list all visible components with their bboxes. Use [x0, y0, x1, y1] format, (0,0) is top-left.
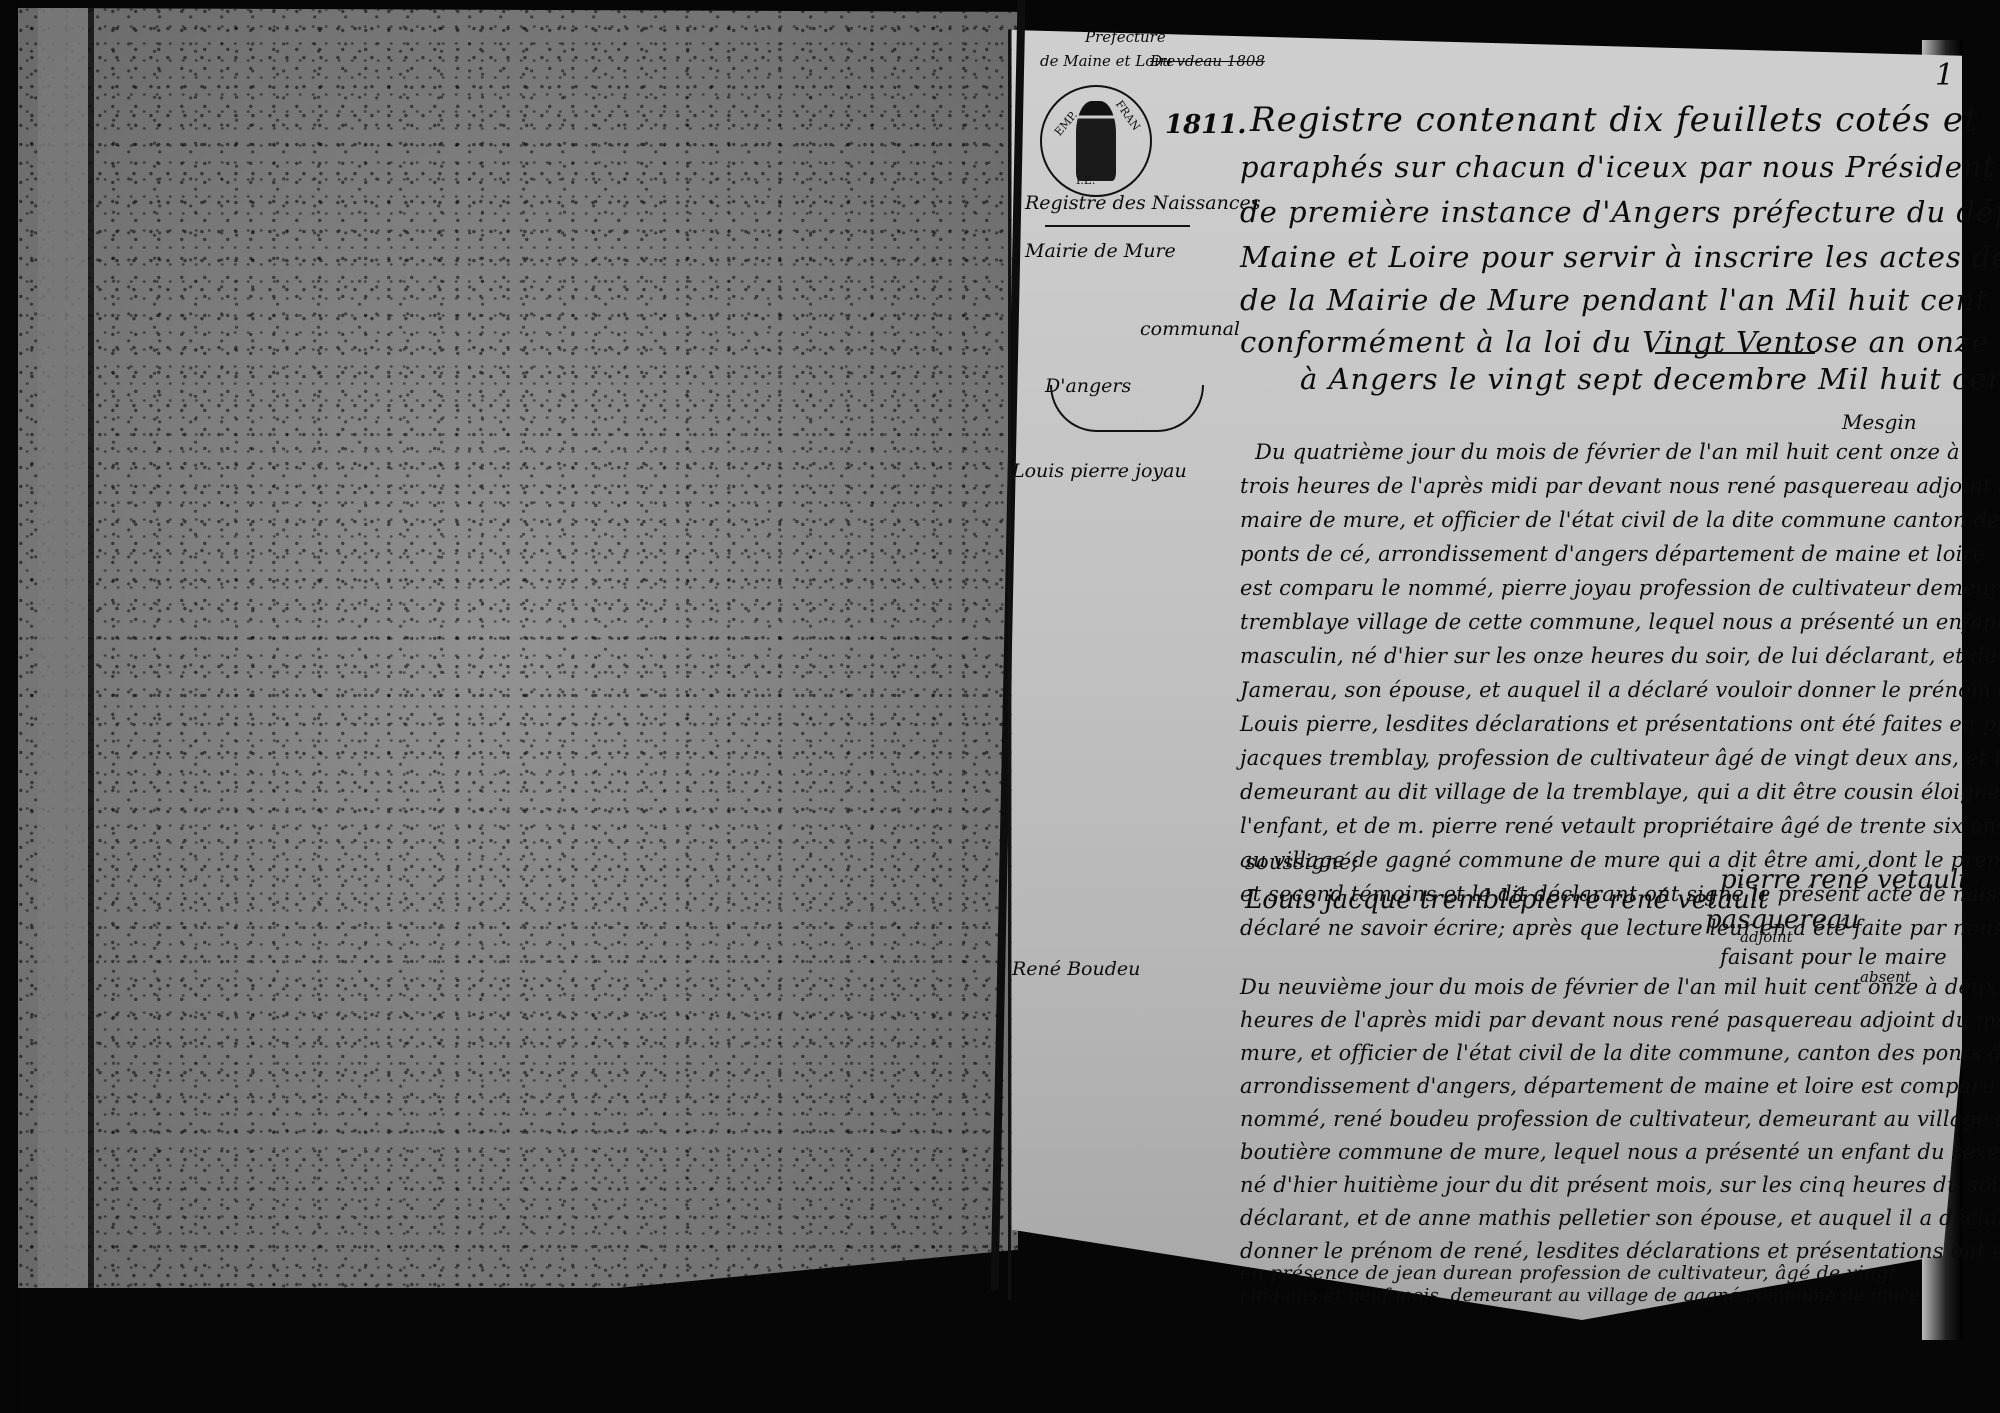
entry2-line: arrondissement d'angers, département de …	[1240, 1074, 2000, 1098]
entry2-line: déclarant, et de anne mathis pelletier s…	[1240, 1206, 2000, 1230]
entry1-line: Jamerau, son épouse, et auquel il a décl…	[1240, 678, 2000, 702]
entry1-line: trois heures de l'après midi par devant …	[1240, 474, 2000, 498]
entry2-line: en présence de jean durean profession de…	[1240, 1262, 1897, 1284]
page-number: 1	[1935, 58, 1954, 93]
seal-text-right: FRAN	[1112, 98, 1142, 133]
entry1-line: l'enfant, et de m. pierre rené vetault p…	[1240, 814, 2000, 838]
margin-bracket-flourish	[1050, 385, 1204, 432]
prefecture-line-1: Préfecture	[1085, 28, 1166, 46]
title-line-1: Registre contenant dix feuillets cotés e…	[1250, 100, 1979, 140]
margin-entry1-name: Louis pierre joyau	[1012, 460, 1187, 482]
margin-communal: communal	[1140, 318, 1240, 340]
title-line-4: Maine et Loire pour servir à inscrire le…	[1240, 240, 2000, 274]
margin-divider	[1045, 225, 1190, 227]
entry2-line: heures de l'après midi par devant nous r…	[1240, 1008, 2000, 1032]
president-signature: Mesgin	[1842, 410, 1917, 434]
entry1-line: demeurant au dit village de la tremblaye…	[1240, 780, 2000, 804]
left-page-fold	[38, 8, 94, 1288]
entry2-line: donner le prénom de rené, lesdites décla…	[1240, 1239, 2000, 1263]
entry2-line: né d'hier huitième jour du dit présent m…	[1240, 1173, 2000, 1197]
entry1-line: masculin, né d'hier sur les onze heures …	[1240, 644, 2000, 668]
margin-rule	[1008, 30, 1011, 1300]
title-line-2: paraphés sur chacun d'iceux par nous Pré…	[1240, 150, 2000, 184]
entry1-line: Du quatrième jour du mois de février de …	[1255, 440, 1960, 464]
entry1-line: déclaré ne savoir écrire; après que lect…	[1240, 916, 2000, 940]
entry2-line: nommé, rené boudeu profession de cultiva…	[1240, 1107, 2000, 1131]
entry2-line: boutière commune de mure, lequel nous a …	[1240, 1140, 2000, 1164]
margin-mairie: Mairie de Mure	[1025, 240, 1176, 262]
title-line-6: conformément à la loi du Vingt Ventose a…	[1240, 325, 1989, 359]
entry1-line: Louis pierre, lesdites déclarations et p…	[1240, 712, 2000, 736]
seal-text-bottom: I.E.	[1076, 174, 1095, 187]
entry1-line: est comparu le nommé, pierre joyau profe…	[1240, 576, 2000, 600]
margin-entry2-name: René Boudeu	[1012, 958, 1140, 980]
title-line-7: à Angers le vingt sept decembre Mil huit…	[1300, 362, 2000, 396]
left-scan-edge	[0, 0, 20, 1413]
title-line-3: de première instance d'Angers préfecture…	[1240, 195, 2000, 229]
entry1-closing: soussigné;	[1245, 850, 1359, 874]
struck-text: Du vdeau 1808	[1150, 52, 1265, 70]
margin-register-title: Registre des Naissances	[1025, 192, 1260, 214]
entry2-line: mure, et officier de l'état civil de la …	[1240, 1041, 2000, 1065]
entry1-line: ponts de cé, arrondissement d'angers dép…	[1240, 542, 1985, 566]
imperial-stamp-seal: EMP. FRAN I.E.	[1040, 85, 1152, 197]
title-line-6-rule	[1655, 352, 1815, 354]
signature-witness-1: Louis jacque tremblé	[1245, 885, 1523, 915]
entry2-line: cinq ans et neuf mois, demeurant au vill…	[1240, 1285, 1919, 1306]
signature-officer-title: adjoint	[1740, 928, 1793, 946]
entry1-line: tremblaye village de cette commune, lequ…	[1240, 610, 2000, 634]
entry2-line: Du neuvième jour du mois de février de l…	[1240, 975, 1997, 999]
entry1-line: maire de mure, et officier de l'état civ…	[1240, 508, 2000, 532]
signature-witness-2-surname: pierre rené vetault	[1720, 865, 1969, 895]
title-line-5: de la Mairie de Mure pendant l'an Mil hu…	[1240, 283, 2000, 317]
entry1-line: jacques tremblay, profession de cultivat…	[1240, 746, 2000, 770]
signature-officer-role: faisant pour le maire	[1720, 945, 1947, 969]
register-year: 1811.	[1165, 110, 1246, 140]
seal-figure-icon	[1076, 101, 1116, 181]
left-page-endpaper	[18, 8, 1018, 1288]
